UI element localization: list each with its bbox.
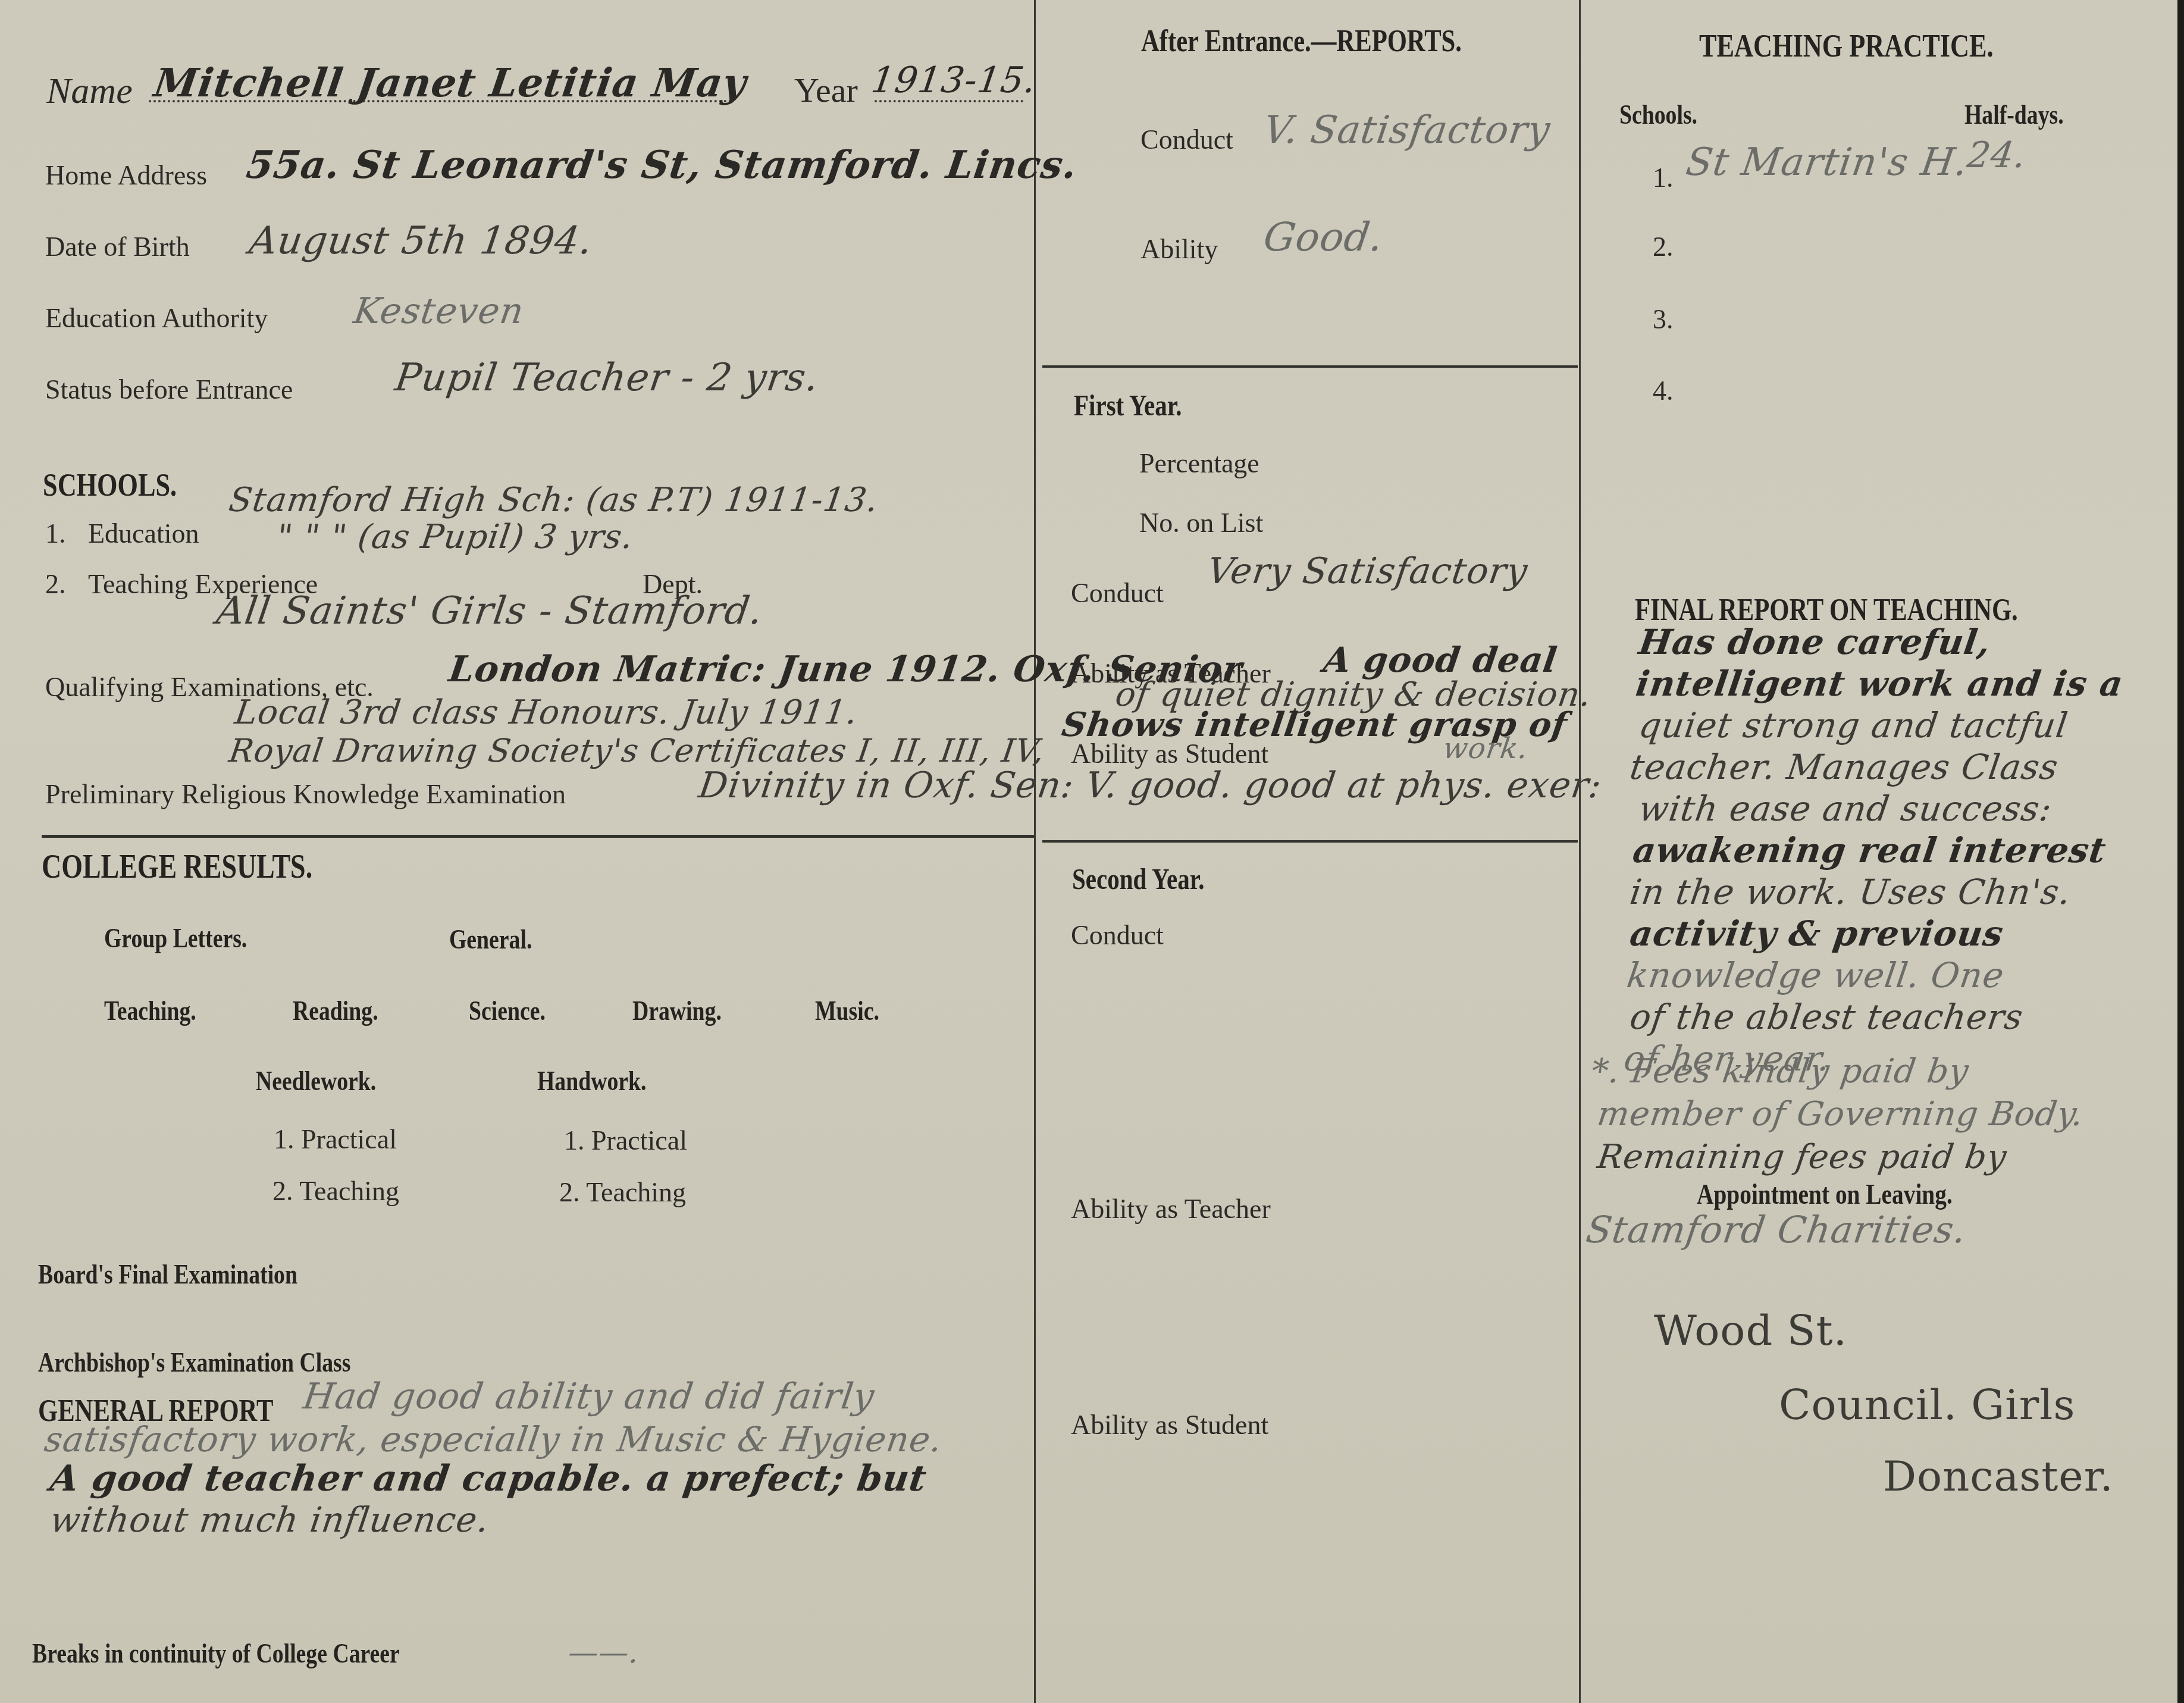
fees-note-line: Remaining fees paid by [1595, 1138, 2009, 1176]
reports-conduct-label: Conduct [1140, 124, 1233, 155]
practice-row-number: 4. [1653, 375, 1674, 406]
religious-exam-value[interactable]: Divinity in Oxf. Sen: V. good. good at p… [696, 765, 1605, 806]
status-label: Status before Entrance [45, 374, 293, 405]
final-report-line: quiet strong and tactful [1636, 705, 2070, 746]
divider-middle-firstyear [1042, 840, 1578, 843]
general-report-line1[interactable]: Had good ability and did fairly [300, 1376, 877, 1417]
practice-row-number: 2. [1653, 231, 1674, 262]
divider-left-schools [42, 835, 1034, 838]
status-value[interactable]: Pupil Teacher - 2 yrs. [393, 356, 822, 400]
handwork-label: Handwork. [537, 1065, 646, 1097]
general-report-line3[interactable]: A good teacher and capable. a prefect; b… [48, 1458, 929, 1499]
archbishops-label: Archbishop's Examination Class [38, 1347, 350, 1378]
final-report-line: awakening real interest [1630, 830, 2108, 871]
appointment-line2[interactable]: Council. Girls [1779, 1380, 2075, 1429]
final-report-line: teacher. Manages Class [1627, 747, 2061, 787]
divider-left-middle [1034, 0, 1036, 1703]
no-on-list-label: No. on List [1139, 507, 1263, 539]
dob-label: Date of Birth [45, 231, 190, 262]
qualifying-value-line3[interactable]: Royal Drawing Society's Certificates I, … [227, 732, 1047, 769]
education-value-line1[interactable]: Stamford High Sch: (as P.T) 1911-13. [227, 481, 881, 519]
education-label: Education [88, 518, 199, 549]
boards-final-label: Board's Final Examination [38, 1259, 297, 1290]
teaching-number: 2. [45, 568, 66, 600]
education-number: 1. [45, 518, 66, 549]
dob-value[interactable]: August 5th 1894. [247, 219, 596, 263]
appointment-label: Appointment on Leaving. [1697, 1178, 1953, 1211]
first-year-ability-teacher-line1[interactable]: A good deal [1321, 640, 1559, 680]
final-report-line: Has done careful, [1636, 622, 1993, 662]
subject-science: Science. [469, 995, 546, 1026]
fees-note-line: member of Governing Body. [1595, 1095, 2086, 1134]
practice-row-number: 3. [1653, 303, 1674, 335]
final-report-line: activity & previous [1627, 913, 2006, 954]
general-label: General. [449, 923, 532, 955]
reports-conduct-value[interactable]: V. Satisfactory [1261, 108, 1553, 152]
needlework-practical: 1. Practical [274, 1123, 397, 1155]
subject-music: Music. [815, 995, 879, 1026]
schools-column-label: Schools. [1619, 99, 1697, 130]
final-report-line: knowledge well. One [1624, 955, 2007, 995]
percentage-label: Percentage [1139, 447, 1259, 479]
practice-school-value[interactable]: St Martin's H. [1684, 140, 1971, 184]
teaching-exp-value[interactable]: All Saints' Girls - Stamford. [214, 589, 766, 633]
fees-line4[interactable]: Stamford Charities. [1584, 1208, 1969, 1251]
final-report-line: in the work. Uses Chn's. [1627, 872, 2073, 912]
year-value[interactable]: 1913-15. [869, 60, 1039, 101]
home-address-value[interactable]: 55a. St Leonard's St, Stamford. Lincs. [243, 143, 1080, 187]
year-label: Year [794, 70, 858, 110]
handwork-practical: 1. Practical [564, 1125, 687, 1156]
appointment-line3[interactable]: Doncaster. [1883, 1452, 2114, 1501]
reports-heading: After Entrance.—REPORTS. [1141, 24, 1462, 59]
general-report-line4[interactable]: without much influence. [48, 1499, 491, 1540]
halfdays-column-label: Half-days. [1964, 99, 2064, 130]
first-year-heading: First Year. [1074, 388, 1182, 422]
second-year-conduct-label: Conduct [1071, 919, 1164, 951]
religious-exam-label: Preliminary Religious Knowledge Examinat… [45, 778, 566, 810]
home-address-label: Home Address [45, 159, 207, 191]
fees-note-line: *. Fees kindly paid by [1589, 1052, 1972, 1091]
final-report-line: with ease and success: [1636, 788, 2054, 829]
second-year-heading: Second Year. [1072, 862, 1204, 896]
needlework-teaching: 2. Teaching [272, 1175, 399, 1207]
edu-authority-value[interactable]: Kesteven [351, 290, 527, 332]
breaks-value[interactable]: ——. [566, 1635, 642, 1670]
teaching-practice-heading: TEACHING PRACTICE. [1699, 27, 1994, 64]
final-report-line: intelligent work and is a [1633, 663, 2126, 704]
reports-ability-value[interactable]: Good. [1261, 214, 1386, 260]
name-label: Name [46, 70, 133, 112]
edu-authority-label: Education Authority [45, 302, 268, 334]
subject-teaching: Teaching. [104, 995, 196, 1026]
schools-heading: SCHOOLS. [43, 467, 177, 503]
subject-drawing: Drawing. [632, 995, 722, 1026]
breaks-label: Breaks in continuity of College Career [32, 1638, 400, 1669]
divider-middle-reports [1042, 365, 1578, 368]
first-year-conduct-label: Conduct [1071, 577, 1164, 609]
first-year-ability-teacher-line4[interactable]: work. [1441, 732, 1530, 765]
handwork-teaching: 2. Teaching [559, 1176, 686, 1208]
college-results-heading: COLLEGE RESULTS. [42, 848, 312, 886]
education-value-line2[interactable]: " " " (as Pupil) 3 yrs. [274, 518, 636, 556]
second-year-ability-student-label: Ability as Student [1071, 1409, 1268, 1441]
divider-middle-right [1579, 0, 1581, 1703]
first-year-ability-student-label: Ability as Student [1071, 738, 1268, 769]
qualifying-value-line2[interactable]: Local 3rd class Honours. July 1911. [233, 693, 860, 732]
subject-reading: Reading. [293, 995, 378, 1026]
reports-ability-label: Ability [1140, 233, 1218, 265]
needlework-label: Needlework. [256, 1065, 376, 1097]
name-value[interactable]: Mitchell Janet Letitia May [151, 60, 750, 106]
final-report-line: of the ablest teachers [1627, 997, 2026, 1037]
practice-row-number: 1. [1653, 162, 1674, 193]
general-report-line2[interactable]: satisfactory work, especially in Music &… [42, 1419, 945, 1460]
first-year-conduct-value[interactable]: Very Satisfactory [1205, 550, 1530, 592]
practice-halfdays-value[interactable]: 24. [1964, 134, 2029, 176]
group-letters-label: Group Letters. [104, 922, 247, 954]
second-year-ability-teacher-label: Ability as Teacher [1071, 1193, 1271, 1225]
card-edge [2177, 0, 2184, 1703]
appointment-line1[interactable]: Wood St. [1654, 1306, 1847, 1355]
